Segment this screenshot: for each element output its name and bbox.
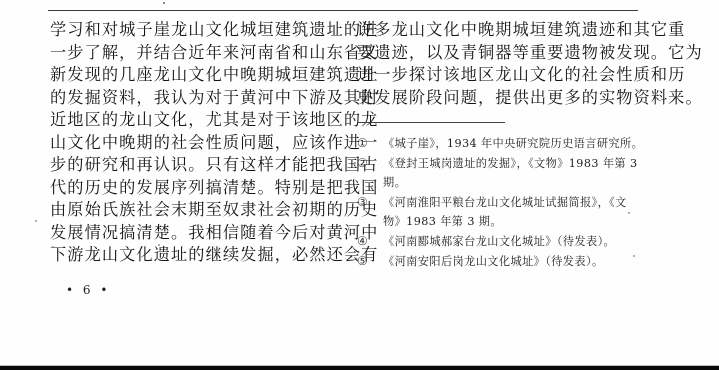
body-line: 许多龙山文化中晚期城垣建筑遗迹和其它重 <box>357 19 647 42</box>
footnotes-list: ① 《城子崖》，1934 年中央研究院历史语言研究所。 ② 《登封王城岗遗址的发… <box>357 134 657 271</box>
footnote-separator <box>357 122 505 123</box>
footnote-item: ⑤ 《河南安阳后岗龙山文化城址》（待发表）。 <box>357 252 657 272</box>
header-rule <box>48 10 638 11</box>
footnote-marker: ② <box>357 154 375 174</box>
body-line: 要遗迹，以及青铜器等重要遗物被发现。它为 <box>357 42 647 65</box>
footnote-marker: ④ <box>357 232 375 252</box>
footnote-marker: ① <box>357 134 375 154</box>
body-line: 由原始氏族社会末期至奴隶社会初期的历史 <box>50 199 330 222</box>
footnote-text: 《河南郾城郝家台龙山文化城址》（待发表）。 <box>383 232 657 252</box>
footnote-item: ③ 《河南淮阳平粮台龙山文化城址试掘简报》，《文 物》1983 年第 3 期。 <box>357 193 657 232</box>
right-column: 许多龙山文化中晚期城垣建筑遗迹和其它重 要遗迹，以及青铜器等重要遗物被发现。它为… <box>357 19 647 109</box>
footnote-text-continuation: 期。 <box>383 173 657 193</box>
body-line: 史发展阶段问题，提供出更多的实物资料来。 <box>357 87 647 110</box>
footnote-marker: ⑤ <box>357 252 375 272</box>
body-line: 山文化中晚期的社会性质问题，应该作进一 <box>50 132 330 155</box>
body-line: 近地区的龙山文化，尤其是对于该地区的龙 <box>50 109 330 132</box>
footnote-item: ② 《登封王城岗遗址的发掘》，《文物》1983 年第 3 期。 <box>357 154 657 193</box>
footnote-text: 《登封王城岗遗址的发掘》，《文物》1983 年第 3 <box>383 154 657 174</box>
scan-speck <box>628 212 630 214</box>
document-page: 学习和对城子崖龙山文化城垣建筑遗址的进 一步了解，并结合近年来河南省和山东省又 … <box>0 0 719 365</box>
footnote-marker: ③ <box>357 193 375 213</box>
body-line: 学习和对城子崖龙山文化城垣建筑遗址的进 <box>50 19 330 42</box>
body-line: 一步了解，并结合近年来河南省和山东省又 <box>50 42 330 65</box>
body-line: 新发现的几座龙山文化中晚期城垣建筑遗址 <box>50 64 330 87</box>
left-column: 学习和对城子崖龙山文化城垣建筑遗址的进 一步了解，并结合近年来河南省和山东省又 … <box>50 19 330 267</box>
body-line: 的发掘资料，我认为对于黄河中下游及其附 <box>50 87 330 110</box>
body-line: 步的研究和再认识。只有这样才能把我国古 <box>50 154 330 177</box>
scan-speck <box>633 255 635 257</box>
body-line: 代的历史的发展序列搞清楚。特别是把我国 <box>50 177 330 200</box>
footnote-item: ④ 《河南郾城郝家台龙山文化城址》（待发表）。 <box>357 232 657 252</box>
scan-speck <box>163 2 165 4</box>
footnote-text: 《城子崖》，1934 年中央研究院历史语言研究所。 <box>383 134 657 154</box>
body-line: 进一步探讨该地区龙山文化的社会性质和历 <box>357 64 647 87</box>
footnote-text: 《河南淮阳平粮台龙山文化城址试掘简报》，《文 <box>383 193 657 213</box>
scan-bottom-edge <box>0 365 719 370</box>
footnote-item: ① 《城子崖》，1934 年中央研究院历史语言研究所。 <box>357 134 657 154</box>
body-line: 发展情况搞清楚。我相信随着今后对黄河中 <box>50 222 330 245</box>
scan-speck <box>52 246 54 248</box>
scan-speck <box>35 220 37 222</box>
footnote-text: 《河南安阳后岗龙山文化城址》（待发表）。 <box>383 252 657 272</box>
scan-speck <box>158 244 160 246</box>
page-number: • 6 • <box>66 283 110 297</box>
body-line: 下游龙山文化遗址的继续发掘，必然还会有 <box>50 244 330 267</box>
footnote-text-continuation: 物》1983 年第 3 期。 <box>383 212 657 232</box>
